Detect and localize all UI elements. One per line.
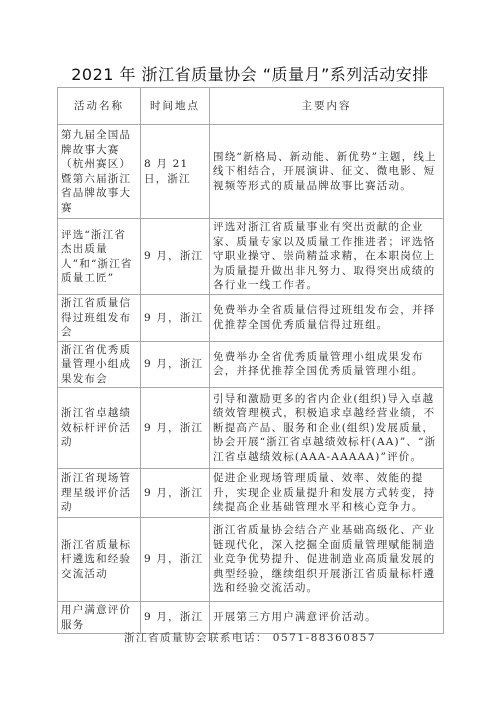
activity-name-cell: 评选“浙江省杰出质量人”和“浙江省质量工匠”	[58, 219, 141, 295]
activity-name-cell: 浙江省卓越绩效标杆评价活动	[58, 388, 141, 469]
header-time-place: 时间地点	[141, 88, 210, 125]
time-place-cell: 9 月，浙江	[141, 602, 210, 634]
table-row: 评选“浙江省杰出质量人”和“浙江省质量工匠” 9 月，浙江 评选对浙江省质量事业…	[58, 219, 444, 295]
time-place-cell: 9 月，浙江	[141, 388, 210, 469]
activity-name-cell: 用户满意评价服务	[58, 602, 141, 634]
document-title: 2021 年 浙江省质量协会 “质量月”系列活动安排	[0, 62, 500, 85]
content-cell: 围绕“新格局、新动能、新优势”主题，线上线下相结合，开展演讲、征文、微电影、短视…	[210, 125, 444, 219]
time-place-cell: 8 月 21 日，浙江	[141, 125, 210, 219]
table-row: 第九届全国品牌故事大赛（杭州赛区）暨第六届浙江省品牌故事大赛 8 月 21 日，…	[58, 125, 444, 219]
time-place-cell: 9 月，浙江	[141, 219, 210, 295]
header-activity-name: 活动名称	[58, 88, 141, 125]
table-header-row: 活动名称 时间地点 主要内容	[58, 88, 444, 125]
content-cell: 免费举办全省质量信得过班组发布会，并择优推荐全国优秀质量信得过班组。	[210, 295, 444, 342]
content-cell: 评选对浙江省质量事业有突出贡献的企业家、质量专家以及质量工作推进者；评选恪守职业…	[210, 219, 444, 295]
table-row: 浙江省质量信得过班组发布会 9 月，浙江 免费举办全省质量信得过班组发布会，并择…	[58, 295, 444, 342]
activity-name-cell: 第九届全国品牌故事大赛（杭州赛区）暨第六届浙江省品牌故事大赛	[58, 125, 141, 219]
activity-name-cell: 浙江省质量标杆遴选和经验交流活动	[58, 518, 141, 602]
content-cell: 促进企业现场管理质量、效率、效能的提升，实现企业质量提升和发展方式转变，持续提高…	[210, 469, 444, 518]
table-row: 浙江省质量标杆遴选和经验交流活动 9 月，浙江 浙江省质量协会结合产业基础高级化…	[58, 518, 444, 602]
time-place-cell: 9 月，浙江	[141, 295, 210, 342]
header-main-content: 主要内容	[210, 88, 444, 125]
content-cell: 免费举办全省优秀质量管理小组成果发布会，并择优推荐全国优秀质量管理小组。	[210, 341, 444, 388]
time-place-cell: 9 月，浙江	[141, 518, 210, 602]
table-row: 浙江省优秀质量管理小组成果发布会 9 月，浙江 免费举办全省优秀质量管理小组成果…	[58, 341, 444, 388]
activity-schedule-table: 活动名称 时间地点 主要内容 第九届全国品牌故事大赛（杭州赛区）暨第六届浙江省品…	[57, 87, 444, 634]
table-row: 浙江省卓越绩效标杆评价活动 9 月，浙江 引导和激励更多的省内企业(组织)导入卓…	[58, 388, 444, 469]
contact-phone-footer: 浙江省质量协会联系电话： 0571-88360857	[0, 630, 500, 645]
table-row: 用户满意评价服务 9 月，浙江 开展第三方用户满意评价活动。	[58, 602, 444, 634]
activity-name-cell: 浙江省质量信得过班组发布会	[58, 295, 141, 342]
time-place-cell: 9 月，浙江	[141, 341, 210, 388]
activity-name-cell: 浙江省优秀质量管理小组成果发布会	[58, 341, 141, 388]
time-place-cell: 9 月，浙江	[141, 469, 210, 518]
content-cell: 引导和激励更多的省内企业(组织)导入卓越绩效管理模式，积极追求卓越经营业绩，不断…	[210, 388, 444, 469]
activity-name-cell: 浙江省现场管理星级评价活动	[58, 469, 141, 518]
content-cell: 开展第三方用户满意评价活动。	[210, 602, 444, 634]
content-cell: 浙江省质量协会结合产业基础高级化、产业链现代化，深入挖掘全面质量管理赋能制造业竞…	[210, 518, 444, 602]
table-row: 浙江省现场管理星级评价活动 9 月，浙江 促进企业现场管理质量、效率、效能的提升…	[58, 469, 444, 518]
